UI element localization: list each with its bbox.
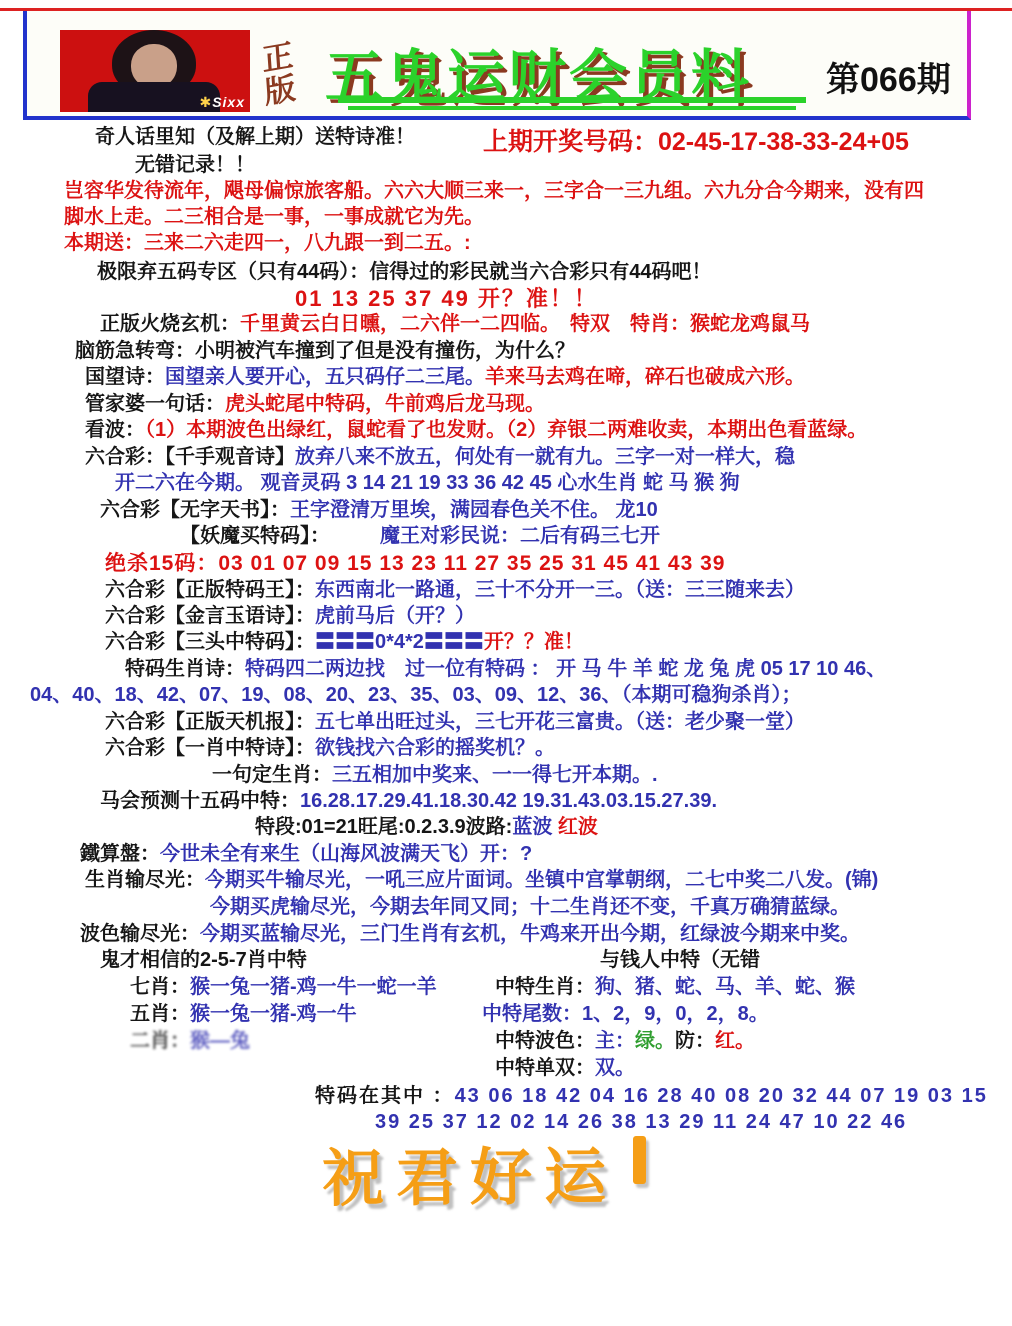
guanjiapo-sentence: 管家婆一句话：虎头蛇尾中特码，牛前鸡后龙马现。 xyxy=(85,394,545,414)
text-segment: 红波 xyxy=(552,816,598,838)
text-segment: 千里黄云白日曛，二六伴一二四临。 特双 特肖：猴蛇龙鸡鼠马 xyxy=(240,313,810,335)
text-segment: 鬼才相信的2-5-7肖中特 xyxy=(100,949,307,971)
seven-zodiac: 七肖：猴一兔一猪-鸡一牛一蛇一羊 xyxy=(130,977,437,997)
text-segment: 二肖： xyxy=(130,1030,190,1052)
text-segment: 极限弃五码专区（只有44码）：信得过的彩民就当六合彩只有44码吧！ xyxy=(97,261,712,283)
text-segment: 东西南北一路通，三十不分开一三。（送：三三随来去） xyxy=(315,579,805,601)
text-segment: 六合彩【三头中特码】： xyxy=(105,631,315,653)
photo-caption: ✱Sixx xyxy=(199,94,245,111)
guanyin-poem-1: 六合彩：【千手观音诗】放弃八来不放五，何处有一就有九。三字一对一样大，稳 xyxy=(85,447,795,467)
text-segment: 43 06 18 42 04 16 28 40 08 20 32 44 07 1… xyxy=(455,1085,988,1107)
text-segment: 〓〓〓0*4*2〓〓〓 xyxy=(315,631,484,653)
text-segment: 三五相加中奖来、一一得七开本期。. xyxy=(332,764,658,786)
special-poem-line-2: 脚水上走。二三相合是一事，一事成就它为先。 xyxy=(64,207,484,227)
edition-stamp: 正版 xyxy=(260,39,299,110)
text-segment: 狗、猪、蛇、马、羊、蛇、猴 xyxy=(595,976,855,998)
text-segment: 今期买蓝输尽光，三门生肖有玄机，牛鸡来开出今期，红绿波今期来中奖。 xyxy=(200,923,860,945)
watermark-bar xyxy=(633,1136,646,1184)
text-segment: 六合彩【正版天机报】： xyxy=(105,711,315,733)
text-segment: 一句定生肖： xyxy=(212,764,332,786)
special-segment: 特段:01=21旺尾:0.2.3.9波路:蓝波 红波 xyxy=(255,817,598,837)
hit-zodiac: 中特生肖：狗、猪、蛇、马、羊、蛇、猴 xyxy=(495,977,855,997)
text-segment: 欲钱找六合彩的摇奖机？。 xyxy=(315,737,555,759)
text-segment: 本期送：三来二六走四一，八九跟一到二五。: xyxy=(64,232,471,254)
hit-wave-color: 中特波色：主：绿。防：红。 xyxy=(495,1031,755,1051)
zodiac-exhaust-1: 生肖输尽光：今期买牛输尽光，一吼三应片面词。坐镇中宫掌朝纲，二七中奖二八发。(锦… xyxy=(85,870,878,890)
text-segment: 红。 xyxy=(715,1030,755,1052)
zodiac-poem-1: 特码生肖诗：特码四二两边找 过一位有特码 ： 开 马 牛 羊 蛇 龙 兔 虎 0… xyxy=(125,659,886,679)
wordless-book: 六合彩【无字天书】：王字澄清万里埃，满园春色关不住。 龙10 xyxy=(100,500,658,520)
text-segment: 中特波色： xyxy=(495,1030,595,1052)
text-segment: 防： xyxy=(675,1030,715,1052)
text-segment: 绿。 xyxy=(635,1030,675,1052)
limit-44-codes: 极限弃五码专区（只有44码）：信得过的彩民就当六合彩只有44码吧！ xyxy=(97,262,712,282)
text-segment: 五七单出旺过头，三七开花三富贵。（送：老少聚一堂） xyxy=(315,711,805,733)
text-segment: 岂容华发待流年，飓母偏惊旅客船。六六大顺三来一，三字合一三九组。六九分合今期来，… xyxy=(64,180,924,202)
demon-special-code: 【妖魔买特码】： 魔王对彩民说：二后有码三七开 xyxy=(180,526,660,546)
golden-words-poem: 六合彩【金言玉语诗】：虎前马后（开？） xyxy=(105,606,475,626)
kill-15-codes: 绝杀15码：03 01 07 09 15 13 23 11 27 35 25 3… xyxy=(105,553,725,574)
text-segment: 中特单双： xyxy=(495,1057,595,1079)
code-within-1: 特码在其中 ：43 06 18 42 04 16 28 40 08 20 32 … xyxy=(315,1086,988,1106)
text-segment: 主： xyxy=(595,1030,635,1052)
text-segment: 绝杀15码：03 01 07 09 15 13 23 11 27 35 25 3… xyxy=(105,552,725,575)
watermark-text: 祝君好运 xyxy=(322,1127,619,1219)
text-segment: 开二六在今期。 观音灵码 3 14 21 19 33 36 42 45 心水生肖… xyxy=(115,472,740,494)
text-segment: 管家婆一句话： xyxy=(85,393,225,415)
text-segment: 蓝波 xyxy=(512,816,552,838)
text-segment: 七肖： xyxy=(130,976,190,998)
text-segment: 04、40、18、42、07、19、08、20、23、35、03、09、12、3… xyxy=(30,684,801,706)
text-segment: 猴一兔一猪-鸡一牛 xyxy=(190,1003,357,1025)
brain-teaser: 脑筋急转弯：小明被汽车撞到了但是没有撞伤，为什么？ xyxy=(75,341,575,361)
text-segment: 马会预测十五码中特： xyxy=(100,790,300,812)
text-segment: 猴—兔 xyxy=(190,1030,250,1052)
text-segment: 虎前马后（开？） xyxy=(315,605,475,627)
text-segment: 六合彩：【千手观音诗】 xyxy=(85,446,295,468)
text-segment: 今世未全有来生（山海风波满天飞）开：? xyxy=(160,843,532,865)
issue-number: 第066期 xyxy=(826,52,951,101)
text-segment: 魔王对彩民说：二后有码三七开 xyxy=(320,525,660,547)
prev-draw-result: 上期开奖号码：02-45-17-38-33-24+05 xyxy=(483,130,909,155)
text-segment: 虎头蛇尾中特码，牛前鸡后龙马现。 xyxy=(225,393,545,415)
brand-photo: ✱Sixx xyxy=(60,30,250,112)
intro-line: 奇人话里知（及解上期）送特诗准！ xyxy=(95,127,415,147)
zodiac-poem-2: 04、40、18、42、07、19、08、20、23、35、03、09、12、3… xyxy=(30,685,801,705)
five-zodiac: 五肖：猴一兔一猪-鸡一牛 xyxy=(130,1004,357,1024)
photo-caption-mark: ✱ xyxy=(199,94,212,110)
text-segment: 今期买虎输尽光，今期去年同又同；十二生肖还不变，千真万确猜蓝绿。 xyxy=(210,896,850,918)
title-underline xyxy=(338,97,806,103)
text-segment: 【妖魔买特码】： xyxy=(180,525,320,547)
text-segment: 脚水上走。二三相合是一事，一事成就它为先。 xyxy=(64,206,484,228)
two-zodiac: 二肖：猴—兔 xyxy=(130,1031,250,1051)
text-segment: 王字澄清万里埃，满园春色关不住。 龙10 xyxy=(290,499,658,521)
five-codes-open: 01 13 25 37 49 开？准！！ xyxy=(295,288,598,310)
text-segment: 生肖输尽光： xyxy=(85,869,205,891)
text-segment: 看波： xyxy=(85,419,145,441)
text-segment: 六合彩【无字天书】： xyxy=(100,499,290,521)
text-segment: 16.28.17.29.41.18.30.42 19.31.43.03.15.2… xyxy=(300,790,717,812)
text-segment: 特码在其中 ： xyxy=(315,1085,455,1107)
iron-abacus: 鐵算盤：今世未全有来生（山海风波满天飞）开：? xyxy=(80,844,532,864)
wave-exhaust: 波色输尽光：今期买蓝输尽光，三门生肖有玄机，牛鸡来开出今期，红绿波今期来中奖。 xyxy=(80,924,860,944)
special-code-king: 六合彩【正版特码王】：东西南北一路通，三十不分开一三。（送：三三随来去） xyxy=(105,580,805,600)
text-segment: 六合彩【一肖中特诗】： xyxy=(105,737,315,759)
special-poem-line-1: 岂容华发待流年，飓母偏惊旅客船。六六大顺三来一，三字合一三九组。六九分合今期来，… xyxy=(64,181,924,201)
wave-watch: 看波：（1）本期波色出绿红，鼠蛇看了也发财。（2）弃银二两难收卖，本期出色看蓝绿… xyxy=(85,420,867,440)
three-heads-code: 六合彩【三头中特码】：〓〓〓0*4*2〓〓〓开？？准！ xyxy=(105,632,584,652)
text-segment: 中特生肖： xyxy=(495,976,595,998)
text-segment: 上期开奖号码：02-45-17-38-33-24+05 xyxy=(483,128,909,156)
text-segment: 正版火烧玄机： xyxy=(100,313,240,335)
no-error-record: 无错记录！！ xyxy=(135,155,255,175)
text-segment: 双。 xyxy=(595,1057,635,1079)
text-segment: 特段:01=21旺尾:0.2.3.9波路: xyxy=(255,816,512,838)
one-zodiac-poem: 六合彩【一肖中特诗】：欲钱找六合彩的摇奖机？。 xyxy=(105,738,555,758)
text-segment: （1）本期波色出绿红，鼠蛇看了也发财。（2）弃银二两难收卖，本期出色看蓝绿。 xyxy=(145,419,867,441)
text-segment: 羊来马去鸡在啼，碎石也破成六形。 xyxy=(485,366,805,388)
text-segment: 开？？准！ xyxy=(484,631,584,653)
text-segment: 鐵算盤： xyxy=(80,843,160,865)
guowang-poem: 国望诗：国望亲人要开心，五只码仔二三尾。羊来马去鸡在啼，碎石也破成六形。 xyxy=(85,367,805,387)
text-segment: 六合彩【金言玉语诗】： xyxy=(105,605,315,627)
text-segment: 1、2，9，0，2，8。 xyxy=(582,1003,769,1025)
hit-tail-numbers: 中特尾数：1、2，9，0，2，8。 xyxy=(482,1004,769,1024)
text-segment: 波色输尽光： xyxy=(80,923,200,945)
hit-odd-even: 中特单双：双。 xyxy=(495,1058,635,1078)
text-segment: 中特尾数： xyxy=(482,1003,582,1025)
text-segment: 国望亲人要开心，五只码仔二三尾。 xyxy=(165,366,485,388)
text-segment: 特码四二两边找 过一位有特码 ： 开 马 牛 羊 蛇 龙 兔 虎 05 17 1… xyxy=(245,658,886,680)
text-segment: 猴一兔一猪-鸡一牛一蛇一羊 xyxy=(190,976,437,998)
zodiac-exhaust-2: 今期买虎输尽光，今期去年同又同；十二生肖还不变，千真万确猜蓝绿。 xyxy=(210,897,850,917)
text-segment: 六合彩【正版特码王】： xyxy=(105,579,315,601)
this-issue-send: 本期送：三来二六走四一，八九跟一到二五。: xyxy=(64,233,471,253)
text-segment: 国望诗： xyxy=(85,366,165,388)
text-segment: 脑筋急转弯： xyxy=(75,340,195,362)
text-segment: 特码生肖诗： xyxy=(125,658,245,680)
text-segment: 今期买牛输尽光，一吼三应片面词。坐镇中宫掌朝纲，二七中奖二八发。(锦) xyxy=(205,869,878,891)
guanyin-poem-2: 开二六在今期。 观音灵码 3 14 21 19 33 36 42 45 心水生肖… xyxy=(115,473,740,493)
text-segment: 01 13 25 37 49 开？准！！ xyxy=(295,286,598,311)
fire-mystery: 正版火烧玄机：千里黄云白日曛，二六伴一二四临。 特双 特肖：猴蛇龙鸡鼠马 xyxy=(100,314,810,334)
text-segment: 与钱人中特（无错 xyxy=(600,949,760,971)
text-segment: 无错记录！！ xyxy=(135,154,255,176)
heaven-report: 六合彩【正版天机报】：五七单出旺过头，三七开花三富贵。（送：老少聚一堂） xyxy=(105,712,805,732)
one-sentence-zodiac: 一句定生肖：三五相加中奖来、一一得七开本期。. xyxy=(212,765,658,785)
jockey-club-15-codes: 马会预测十五码中特：16.28.17.29.41.18.30.42 19.31.… xyxy=(100,791,717,811)
money-man-heading: 与钱人中特（无错 xyxy=(600,950,760,970)
text-segment: 小明被汽车撞到了但是没有撞伤，为什么？ xyxy=(195,340,575,362)
text-segment: 五肖： xyxy=(130,1003,190,1025)
ghost-believe-heading: 鬼才相信的2-5-7肖中特 xyxy=(100,950,307,970)
text-segment: 奇人话里知（及解上期）送特诗准！ xyxy=(95,126,415,148)
title-underline xyxy=(348,106,796,110)
text-segment: 放弃八来不放五，何处有一就有九。三字一对一样大，稳 xyxy=(295,446,795,468)
